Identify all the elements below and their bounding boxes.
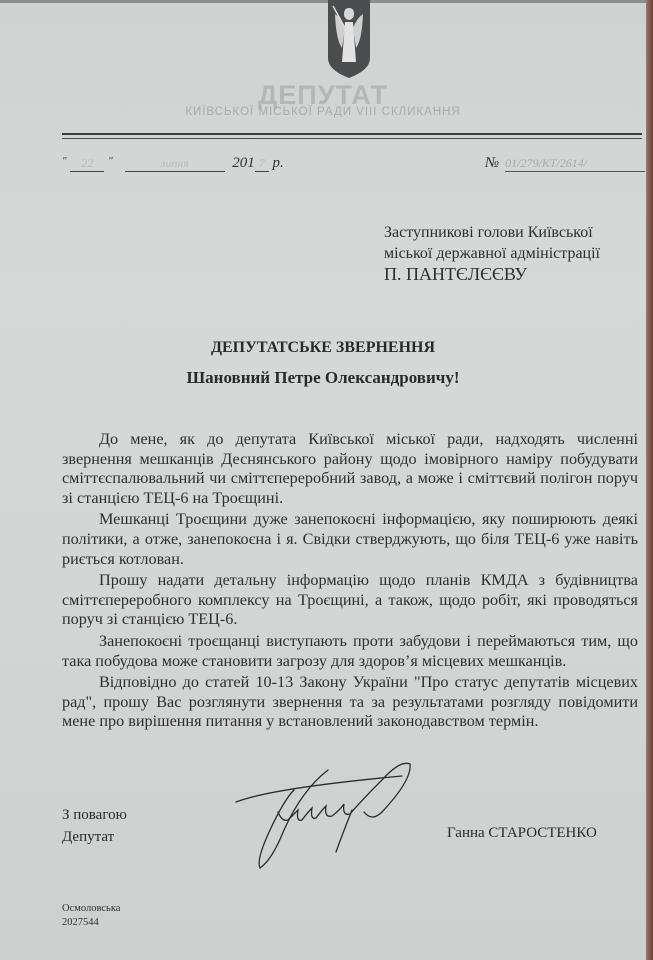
- paragraph: Прошу надати детальну інформацію щодо пл…: [62, 571, 638, 630]
- outgoing-number: №01/279/КТ/2614/: [485, 155, 645, 172]
- page-edge: [646, 0, 653, 960]
- date-year-digit: 7: [255, 156, 269, 172]
- executor-phone: 2027544: [62, 916, 120, 930]
- document-title: ДЕПУТАТСЬКЕ ЗВЕРНЕННЯ: [0, 339, 646, 357]
- number-label: №: [485, 155, 499, 171]
- addressee-line-2: міської державної адміністрації: [384, 243, 600, 264]
- executor-name: Осмоловська: [62, 902, 120, 916]
- closing-block: З повагою Депутат: [62, 804, 127, 848]
- signature-icon: [232, 760, 422, 870]
- paragraph: Занепокоєні троєщанці виступають проти з…: [62, 632, 638, 671]
- greeting: Шановний Петре Олександровичу!: [0, 368, 646, 388]
- signer-name: Ганна СТАРОСТЕНКО: [447, 825, 597, 842]
- date-month: липня: [125, 156, 225, 172]
- addressee-line-1: Заступникові голови Київської: [384, 222, 600, 243]
- number-value: 01/279/КТ/2614/: [505, 156, 645, 172]
- letterhead-rule-thin: [62, 138, 642, 139]
- addressee-name: П. ПАНТЄЛЄЄВУ: [384, 264, 600, 285]
- letterhead-rule: [62, 133, 642, 135]
- paragraph: Відповідно до статей 10-13 Закону Україн…: [62, 673, 638, 732]
- top-border: [0, 0, 646, 3]
- paragraph: До мене, як до депутата Київської місько…: [62, 430, 638, 508]
- letter-date: " 22 " липня 2017 р.: [62, 155, 284, 172]
- letterhead-subtitle: КИЇВСЬКОЇ МІСЬКОЇ РАДИ VIII СКЛИКАННЯ: [0, 106, 646, 118]
- executor-block: Осмоловська 2027544: [62, 902, 120, 930]
- paragraph: Мешканці Троєщини дуже занепокоєні інфор…: [62, 510, 638, 569]
- letter-page: ДЕПУТАТ КИЇВСЬКОЇ МІСЬКОЇ РАДИ VIII СКЛИ…: [0, 0, 646, 960]
- letter-body: До мене, як до депутата Київської місько…: [62, 430, 638, 732]
- addressee-block: Заступникові голови Київської міської де…: [384, 222, 600, 285]
- closing-position: Депутат: [62, 826, 127, 848]
- date-year: 201: [232, 155, 255, 171]
- date-day: 22: [70, 156, 104, 172]
- coat-of-arms-icon: [327, 0, 371, 78]
- closing-regards: З повагою: [62, 804, 127, 826]
